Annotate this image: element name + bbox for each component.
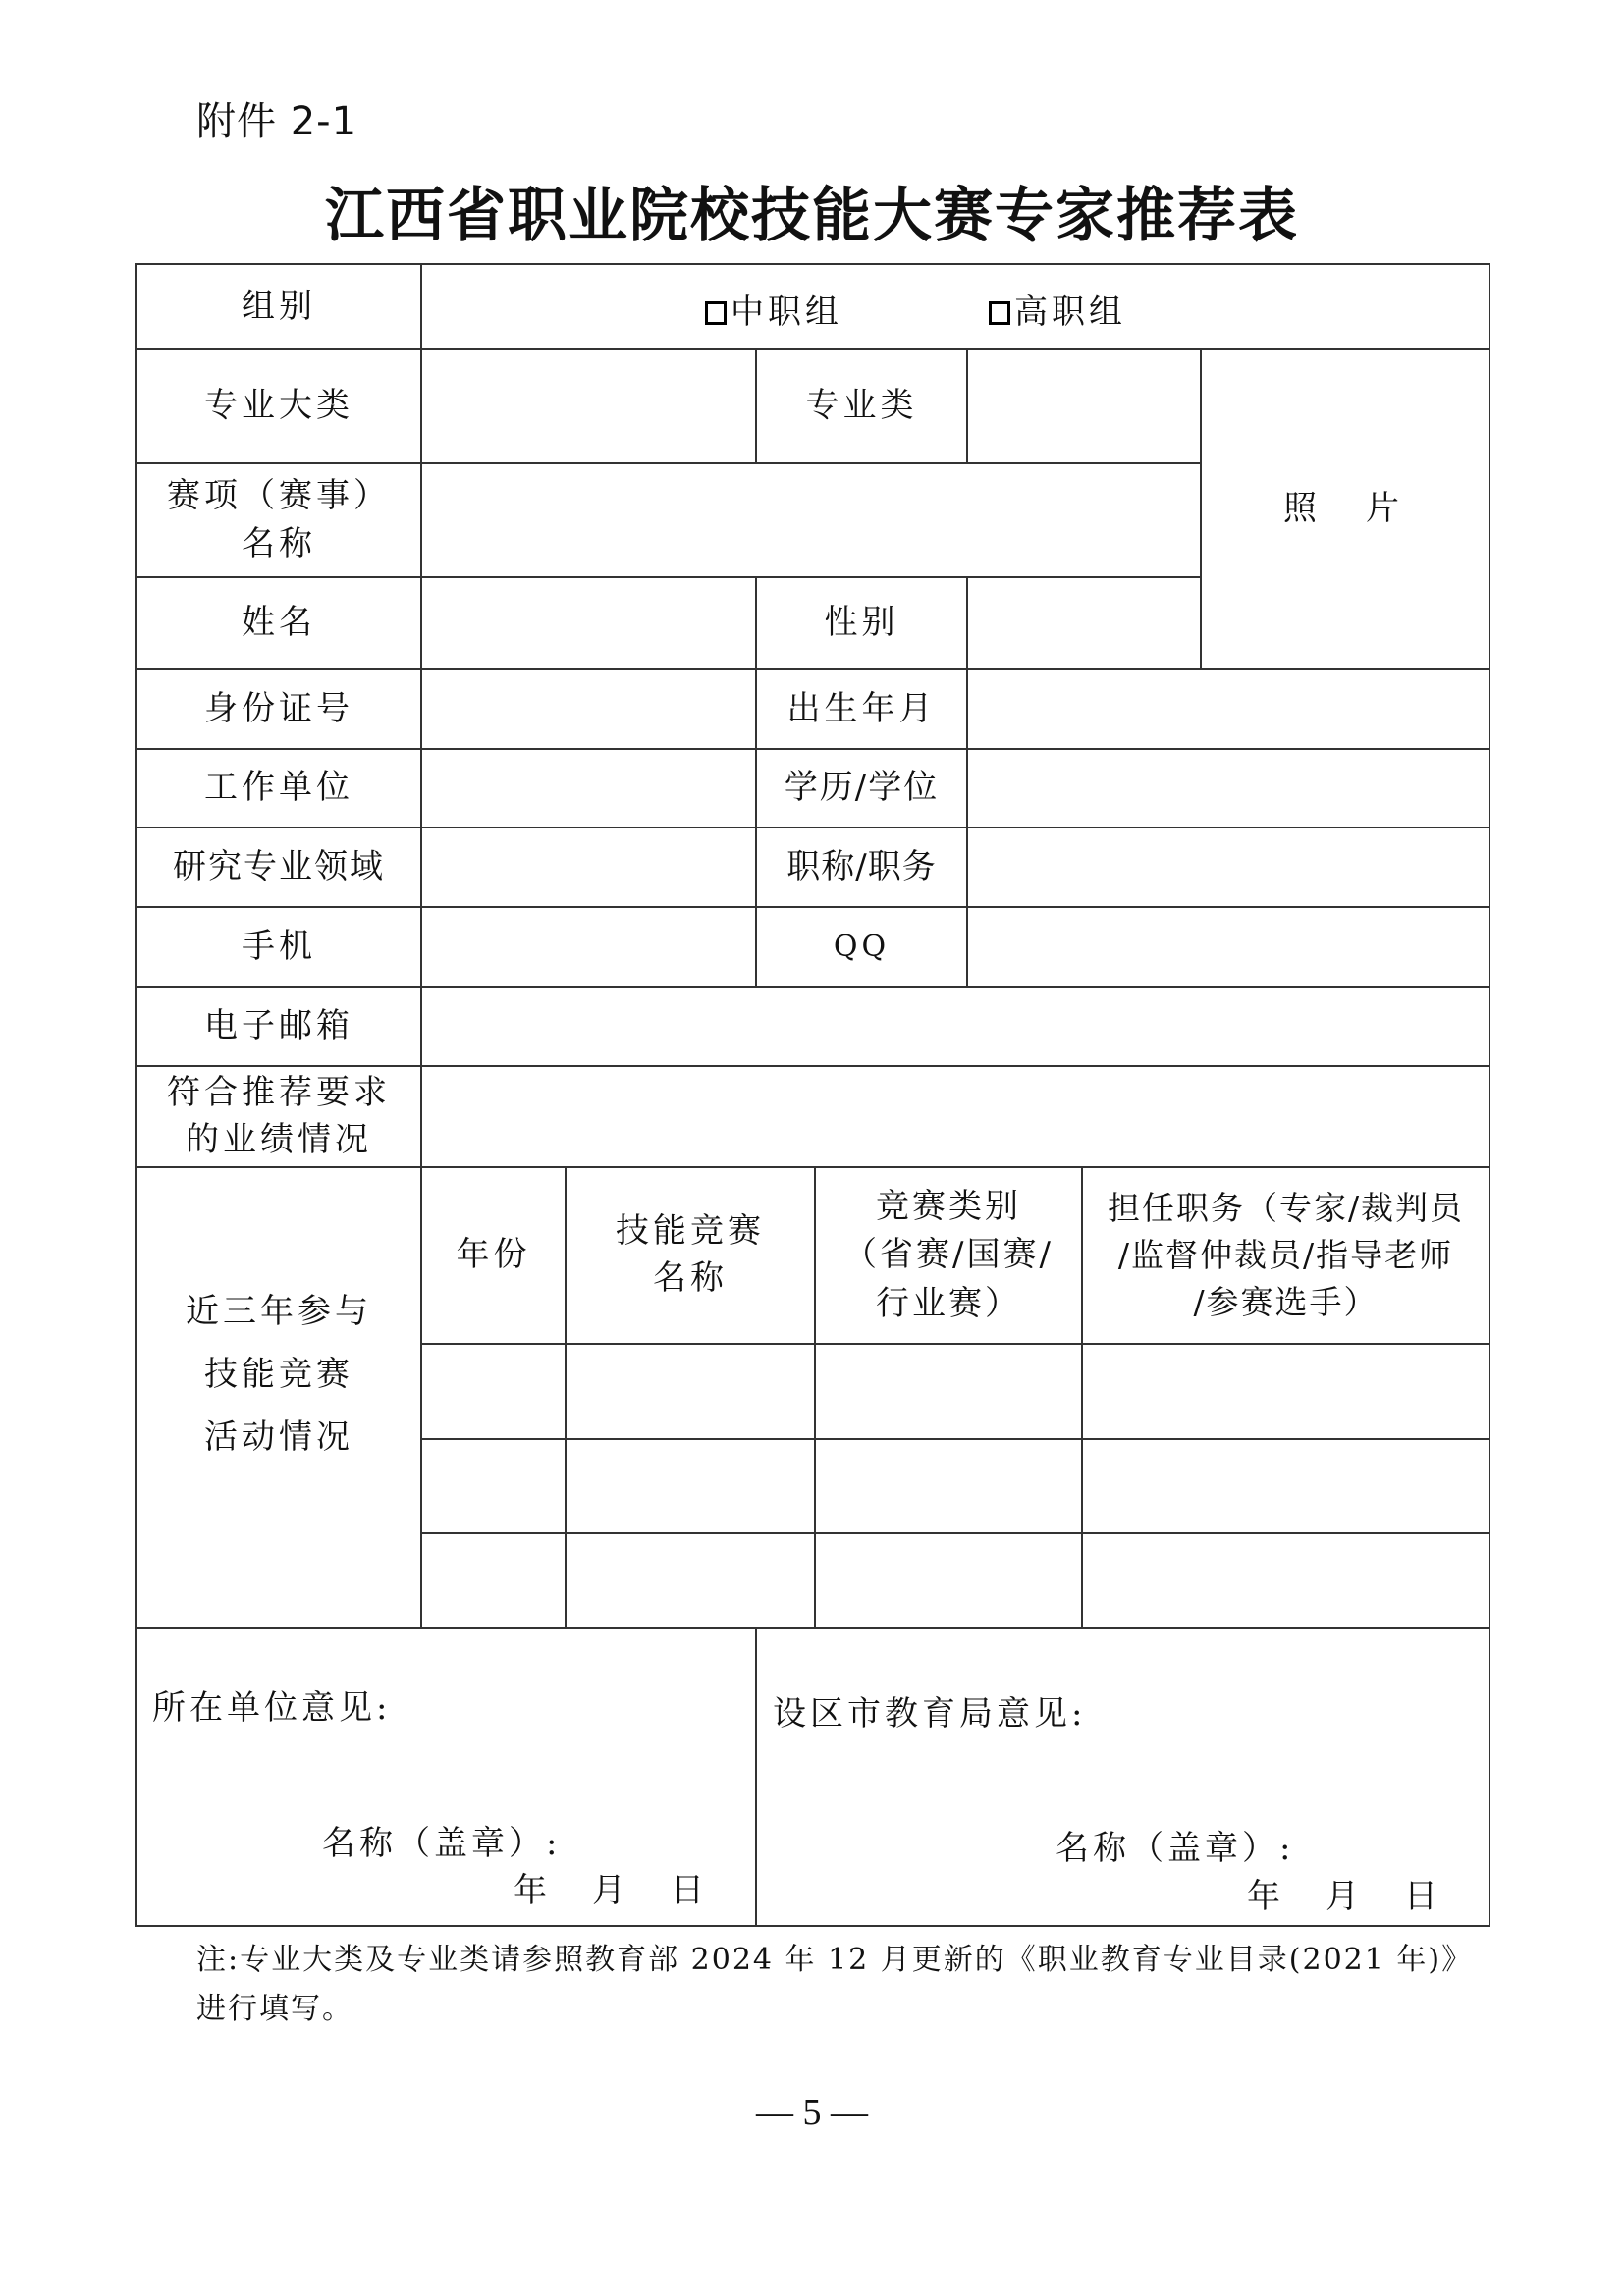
- checkbox-higher-vocational[interactable]: [989, 301, 1010, 325]
- email-field[interactable]: [422, 988, 1489, 1065]
- event-name-label: 赛项（赛事）名称: [137, 464, 420, 576]
- major-category-label: 专业大类: [137, 350, 420, 462]
- event-name-field[interactable]: [422, 464, 1200, 576]
- bureau-seal-label: 名称（盖章）:: [1056, 1821, 1294, 1869]
- column-header-competition-name: 技能竞赛 名称: [567, 1168, 814, 1343]
- gender-label: 性别: [757, 578, 966, 668]
- group-label: 组别: [137, 265, 420, 348]
- title-position-label: 职称/职务: [757, 828, 966, 906]
- gender-field[interactable]: [968, 578, 1200, 668]
- competition-row-3-type[interactable]: [816, 1534, 1081, 1627]
- unit-opinion-label: 所在单位意见:: [152, 1681, 391, 1729]
- research-field-input[interactable]: [422, 828, 755, 906]
- achievements-label: 符合推荐要求的业绩情况: [137, 1067, 420, 1166]
- major-category-field[interactable]: [422, 350, 755, 462]
- major-class-label: 专业类: [757, 350, 966, 462]
- competition-row-3-name[interactable]: [567, 1534, 814, 1627]
- footnote-line-2: 进行填写。: [196, 1985, 353, 2034]
- id-number-label: 身份证号: [137, 670, 420, 748]
- bureau-opinion-label: 设区市教育局意见:: [773, 1686, 1086, 1735]
- bureau-date-label: 年 月 日: [1247, 1869, 1443, 1917]
- qq-label: QQ: [757, 908, 966, 986]
- checkbox-secondary-vocational[interactable]: [705, 301, 727, 325]
- column-header-competition-type: 竞赛类别 （省赛/国赛/ 行业赛）: [816, 1168, 1081, 1343]
- employer-field[interactable]: [422, 750, 755, 827]
- qq-field[interactable]: [968, 908, 1489, 986]
- competition-section-label: 近三年参与 技能竞赛 活动情况: [137, 1276, 420, 1472]
- competition-row-1-role[interactable]: [1083, 1345, 1489, 1438]
- birth-field[interactable]: [968, 670, 1489, 748]
- competition-row-2-type[interactable]: [816, 1440, 1081, 1532]
- page-number: — 5 —: [0, 2091, 1624, 2134]
- mobile-field[interactable]: [422, 908, 755, 986]
- title-position-field[interactable]: [968, 828, 1489, 906]
- mobile-label: 手机: [137, 908, 420, 986]
- competition-row-1-name[interactable]: [567, 1345, 814, 1438]
- competition-row-1-year[interactable]: [422, 1345, 565, 1438]
- competition-row-1-type[interactable]: [816, 1345, 1081, 1438]
- employer-label: 工作单位: [137, 750, 420, 827]
- competition-row-2-name[interactable]: [567, 1440, 814, 1532]
- email-label: 电子邮箱: [137, 988, 420, 1065]
- name-field[interactable]: [422, 578, 755, 668]
- name-label: 姓名: [137, 578, 420, 668]
- achievements-field[interactable]: [422, 1067, 1489, 1166]
- competition-row-2-year[interactable]: [422, 1440, 565, 1532]
- page-title: 江西省职业院校技能大赛专家推荐表: [0, 169, 1624, 253]
- group-option-secondary[interactable]: 中职组: [705, 285, 842, 333]
- column-header-year: 年份: [422, 1168, 565, 1343]
- competition-row-2-role[interactable]: [1083, 1440, 1489, 1532]
- competition-row-3-year[interactable]: [422, 1534, 565, 1627]
- footnote-line-1: 注:专业大类及专业类请参照教育部 2024 年 12 月更新的《职业教育专业目录…: [196, 1936, 1473, 1985]
- education-label: 学历/学位: [757, 750, 966, 827]
- unit-date-label: 年 月 日: [514, 1863, 710, 1911]
- group-option-higher[interactable]: 高职组: [989, 285, 1126, 333]
- unit-seal-label: 名称（盖章）:: [322, 1816, 561, 1864]
- major-class-field[interactable]: [968, 350, 1200, 462]
- research-field-label: 研究专业领域: [137, 828, 420, 906]
- competition-row-3-role[interactable]: [1083, 1534, 1489, 1627]
- education-field[interactable]: [968, 750, 1489, 827]
- id-number-field[interactable]: [422, 670, 755, 748]
- column-header-role: 担任职务（专家/裁判员 /监督仲裁员/指导老师 /参赛选手）: [1083, 1168, 1489, 1343]
- birth-label: 出生年月: [757, 670, 966, 748]
- attachment-label: 附件 2-1: [196, 90, 357, 146]
- photo-area[interactable]: 照 片: [1202, 350, 1489, 668]
